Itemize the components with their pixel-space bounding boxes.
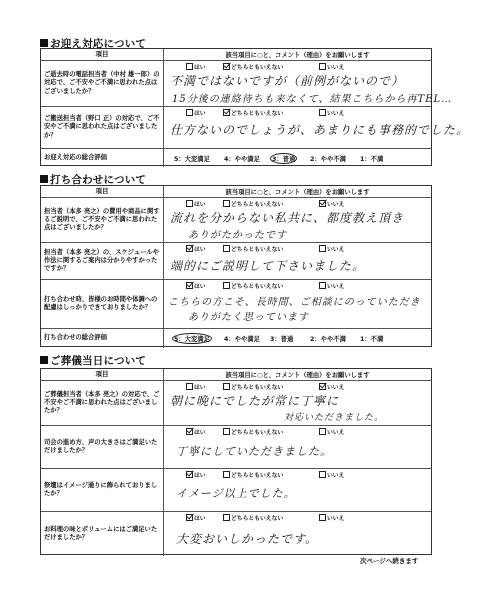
answer-options: はい どちらともいえない いいえ <box>164 427 431 436</box>
table-row: 司会の進め方、声の大きさはご満足いただけましたか？ はい どちらともいえない い… <box>41 426 431 469</box>
table-row: ご逝去時の電話担当者（中村 雄一郎）の対応で、ご不安やご不満に思われた点はござい… <box>41 61 431 107</box>
handwritten-comment: 丁寧にしていただきました。 <box>176 443 332 459</box>
answer-options: はい どちらともいえない いいえ <box>164 281 431 290</box>
option-neither[interactable]: どちらともいえない <box>223 513 283 522</box>
pickup-table: 項目 該当項目に○と、コメント（理由）をお願いします ご逝去時の電話担当者（中村… <box>40 48 432 166</box>
answer-options: はい どちらともいえない いいえ <box>164 108 431 117</box>
option-neither[interactable]: どちらともいえない <box>223 470 283 479</box>
table-row: ご搬送担当者（野口 正）の対応で、ご不安やご不満に思われた点はございましたか？ … <box>41 107 431 149</box>
option-neither[interactable]: どちらともいえない <box>223 427 283 436</box>
table-header: 項目 該当項目に○と、コメント（理由）をお願いします <box>41 369 431 381</box>
table-row: 担当者（本多 亮之）の、スケジュールや作法に関するご案内は分かりやすかったですか… <box>41 243 431 280</box>
rating-3[interactable]: 3：普通 <box>270 334 293 343</box>
option-no[interactable]: いいえ <box>319 62 344 71</box>
handwritten-comment: 不満ではないですが（前例がないので） <box>170 72 404 89</box>
table-row: お料理の味とボリュームにはご満足いただけましたか？ はい どちらともいえない い… <box>41 512 431 556</box>
checkbox-icon[interactable] <box>223 383 230 390</box>
option-yes[interactable]: はい <box>186 513 206 522</box>
question: 担当者（本多 亮之）の、スケジュールや作法に関するご案内は分かりやすかったですか… <box>41 243 164 279</box>
option-yes[interactable]: はい <box>186 108 206 117</box>
option-yes[interactable]: はい <box>186 382 206 391</box>
checkbox-icon[interactable] <box>186 383 193 390</box>
answer-options: はい どちらともいえない いいえ <box>164 244 431 253</box>
checkbox-checked-icon[interactable] <box>223 63 230 70</box>
checkbox-checked-icon[interactable] <box>186 282 193 289</box>
checkbox-icon[interactable] <box>319 63 326 70</box>
option-no[interactable]: いいえ <box>319 382 344 391</box>
rating-1[interactable]: 1：不満 <box>360 154 383 163</box>
question: 担当者（本多 亮之）の費用や商品に関するご説明で、ご不安やご不満に思われた点はご… <box>41 198 164 242</box>
option-yes[interactable]: はい <box>186 62 206 71</box>
section-title-funeral-day: ご葬儀当日について <box>40 353 146 368</box>
checkbox-icon[interactable] <box>223 282 230 289</box>
rating-scale: 5：大変満足 4：やや満足 3：普通 2：やや不満 1：不満 <box>164 149 431 167</box>
option-yes[interactable]: はい <box>186 244 206 253</box>
option-no[interactable]: いいえ <box>319 281 344 290</box>
option-no[interactable]: いいえ <box>319 513 344 522</box>
option-neither[interactable]: どちらともいえない <box>223 199 283 208</box>
header-item: 項目 <box>41 186 164 197</box>
option-yes[interactable]: はい <box>186 427 206 436</box>
square-bullet-icon <box>40 356 48 364</box>
answer-options: はい どちらともいえない いいえ <box>164 199 431 208</box>
option-yes[interactable]: はい <box>186 470 206 479</box>
overall-rating-row: 打ち合わせの総合評価 5：大変満足 4：やや満足 3：普通 2：やや不満 1：不… <box>41 329 431 348</box>
checkbox-icon[interactable] <box>319 282 326 289</box>
header-comment: 該当項目に○と、コメント（理由）をお願いします <box>164 49 431 60</box>
checkbox-icon[interactable] <box>319 245 326 252</box>
checkbox-icon[interactable] <box>223 514 230 521</box>
continued-note: 次ページへ続きます <box>360 556 418 565</box>
checkbox-icon[interactable] <box>319 428 326 435</box>
checkbox-icon[interactable] <box>223 471 230 478</box>
table-row: 打ち合わせ時、皆様のお時間や体調への配慮はしっかりできておりましたか？ はい ど… <box>41 280 431 329</box>
option-yes[interactable]: はい <box>186 281 206 290</box>
table-header: 項目 該当項目に○と、コメント（理由）をお願いします <box>41 186 431 198</box>
rating-3-selected[interactable]: 3：普通 <box>270 153 297 164</box>
option-yes[interactable]: はい <box>186 199 206 208</box>
rating-4[interactable]: 4：やや満足 <box>224 334 260 343</box>
table-row: 祭壇はイメージ通りに飾られておりましたか？ はい どちらともいえない いいえ イ… <box>41 469 431 512</box>
table-row: ご葬儀担当者（本多 亮之）の対応で、ご不安やご不満に思われた点はございましたか？… <box>41 381 431 426</box>
checkbox-checked-icon[interactable] <box>319 200 326 207</box>
handwritten-comment: こちらの方こそ、長時間、ご相談にのっていただき <box>168 293 421 308</box>
header-comment: 該当項目に○と、コメント（理由）をお願いします <box>164 369 431 380</box>
meeting-table: 項目 該当項目に○と、コメント（理由）をお願いします 担当者（本多 亮之）の費用… <box>40 185 432 347</box>
overall-rating-row: お迎え対応の総合評価 5：大変満足 4：やや満足 3：普通 2：やや不満 1：不… <box>41 149 431 167</box>
option-no[interactable]: いいえ <box>319 244 344 253</box>
option-no[interactable]: いいえ <box>319 108 344 117</box>
header-item: 項目 <box>41 369 164 380</box>
question: 司会の進め方、声の大きさはご満足いただけましたか？ <box>41 426 164 468</box>
square-bullet-icon <box>40 175 48 183</box>
rating-5[interactable]: 5：大変満足 <box>174 154 210 163</box>
table-header: 項目 該当項目に○と、コメント（理由）をお願いします <box>41 49 431 61</box>
answer-options: はい どちらともいえない いいえ <box>164 513 431 522</box>
rating-2[interactable]: 2：やや不満 <box>310 334 346 343</box>
checkbox-icon[interactable] <box>319 514 326 521</box>
option-neither[interactable]: どちらともいえない <box>223 244 283 253</box>
option-no[interactable]: いいえ <box>319 427 344 436</box>
checkbox-icon[interactable] <box>186 63 193 70</box>
rating-scale: 5：大変満足 4：やや満足 3：普通 2：やや不満 1：不満 <box>164 329 431 348</box>
handwritten-comment: 端的にご説明して下さいました。 <box>170 257 365 274</box>
checkbox-icon[interactable] <box>186 200 193 207</box>
question: 打ち合わせ時、皆様のお時間や体調への配慮はしっかりできておりましたか？ <box>41 280 164 328</box>
rating-4[interactable]: 4：やや満足 <box>224 154 260 163</box>
section-title-text: ご葬儀当日について <box>50 355 146 367</box>
overall-label: 打ち合わせの総合評価 <box>41 329 164 348</box>
handwritten-comment: 15分後の連絡待ちも来なくて、結果こちらから再TEL… <box>172 90 452 105</box>
option-neither[interactable]: どちらともいえない <box>223 281 283 290</box>
handwritten-comment: ありがたかったです <box>188 226 287 241</box>
answer-options: はい どちらともいえない いいえ <box>164 62 431 71</box>
handwritten-comment: イメージ以上でした。 <box>176 485 296 501</box>
handwritten-comment: 流れを分からない私共に、都度教え頂き <box>170 209 404 226</box>
handwritten-comment: 朝に晩にでしたが常に丁寧に <box>170 392 339 409</box>
checkbox-checked-icon[interactable] <box>186 471 193 478</box>
header-comment: 該当項目に○と、コメント（理由）をお願いします <box>164 186 431 197</box>
handwritten-comment: 対応いただきました。 <box>284 410 384 423</box>
square-bullet-icon <box>40 39 48 47</box>
checkbox-icon[interactable] <box>319 109 326 116</box>
checkbox-checked-icon[interactable] <box>319 383 326 390</box>
checkbox-checked-icon[interactable] <box>186 514 193 521</box>
option-no[interactable]: いいえ <box>319 470 344 479</box>
header-item: 項目 <box>41 49 164 60</box>
funeral-day-table: 項目 該当項目に○と、コメント（理由）をお願いします ご葬儀担当者（本多 亮之）… <box>40 368 432 555</box>
handwritten-comment: 大変おいしかったです。 <box>176 530 318 547</box>
checkbox-icon[interactable] <box>223 428 230 435</box>
option-neither[interactable]: どちらともいえない <box>223 108 283 117</box>
checkbox-checked-icon[interactable] <box>186 245 193 252</box>
option-neither[interactable]: どちらともいえない <box>223 382 283 391</box>
option-neither[interactable]: どちらともいえない <box>223 62 283 71</box>
overall-label: お迎え対応の総合評価 <box>41 149 164 167</box>
question: 祭壇はイメージ通りに飾られておりましたか？ <box>41 469 164 511</box>
checkbox-icon[interactable] <box>319 471 326 478</box>
checkbox-icon[interactable] <box>186 109 193 116</box>
handwritten-comment: 仕方ないのでしょうが、あまりにも事務的でした。 <box>170 121 469 138</box>
rating-5-selected[interactable]: 5：大変満足 <box>172 333 212 344</box>
table-row: 担当者（本多 亮之）の費用や商品に関するご説明で、ご不安やご不満に思われた点はご… <box>41 198 431 243</box>
question: ご搬送担当者（野口 正）の対応で、ご不安やご不満に思われた点はございましたか？ <box>41 107 164 148</box>
question: ご逝去時の電話担当者（中村 雄一郎）の対応で、ご不安やご不満に思われた点はござい… <box>41 61 164 106</box>
checkbox-icon[interactable] <box>223 245 230 252</box>
handwritten-comment: ありがたく思っています <box>188 308 309 323</box>
checkbox-checked-icon[interactable] <box>223 109 230 116</box>
answer-options: はい どちらともいえない いいえ <box>164 470 431 479</box>
rating-1[interactable]: 1：不満 <box>360 334 383 343</box>
answer-options: はい どちらともいえない いいえ <box>164 382 431 391</box>
question: お料理の味とボリュームにはご満足いただけましたか？ <box>41 512 164 556</box>
rating-2[interactable]: 2：やや不満 <box>310 154 346 163</box>
checkbox-icon[interactable] <box>223 200 230 207</box>
question: ご葬儀担当者（本多 亮之）の対応で、ご不安やご不満に思われた点はございましたか？ <box>41 381 164 425</box>
checkbox-checked-icon[interactable] <box>186 428 193 435</box>
option-no[interactable]: いいえ <box>319 199 344 208</box>
